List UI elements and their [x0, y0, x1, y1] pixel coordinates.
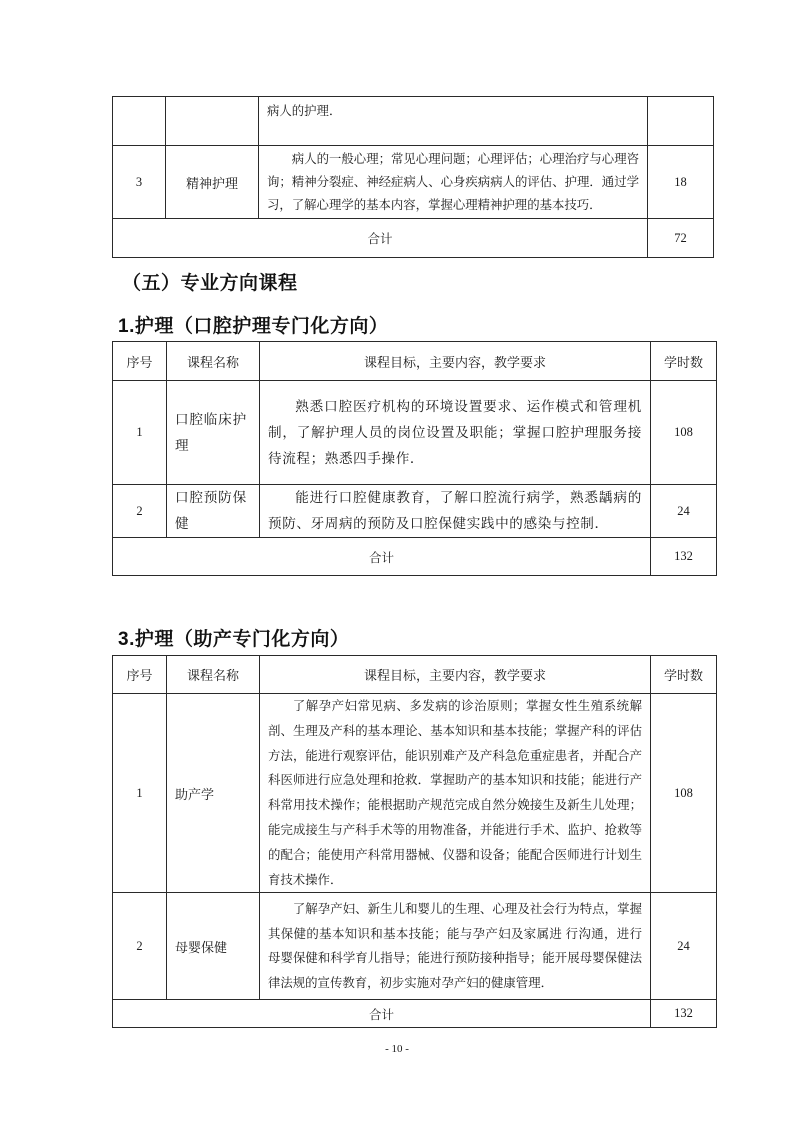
row-number: 1: [113, 694, 167, 893]
course-content: 能进行口腔健康教育，了解口腔流行病学，熟悉龋病的预防、牙周病的预防及口腔保健实践…: [260, 485, 651, 538]
header-content: 课程目标，主要内容，教学要求: [260, 656, 651, 694]
header-row: 序号 课程名称 课程目标，主要内容，教学要求 学时数: [113, 342, 717, 381]
row-number: 3: [113, 146, 166, 219]
header-name: 课程名称: [167, 342, 260, 381]
continued-course-table: 病人的护理． 3 精神护理 病人的一般心理；常见心理问题；心理评估；心理治疗与心…: [112, 96, 714, 258]
header-no: 序号: [113, 656, 167, 694]
midwifery-table: 序号 课程名称 课程目标，主要内容，教学要求 学时数 1 助产学 了解孕产妇常见…: [112, 655, 717, 1028]
table-row: 2 母婴保健 了解孕产妇、新生儿和婴儿的生理、心理及社会行为特点，掌握其保健的基…: [113, 893, 717, 1000]
table-row: 1 助产学 了解孕产妇常见病、多发病的诊治原则；掌握女性生殖系统解剖、生理及产科…: [113, 694, 717, 893]
total-label: 合计: [113, 538, 651, 576]
course-hours: 108: [651, 694, 717, 893]
section-heading: （五）专业方向课程: [122, 268, 298, 295]
course-content-text: 熟悉口腔医疗机构的环境设置要求、运作模式和管理机制，了解护理人员的岗位设置及职能…: [268, 394, 642, 472]
midwifery-heading: 3.护理（助产专门化方向）: [118, 624, 349, 651]
header-hours: 学时数: [651, 342, 717, 381]
course-content-text: 了解孕产妇常见病、多发病的诊治原则；掌握女性生殖系统解剖、生理及产科的基本理论、…: [268, 694, 642, 892]
course-content-text: 病人的护理．: [267, 100, 639, 123]
course-name: 精神护理: [166, 146, 259, 219]
table-row: 1 口腔临床护理 熟悉口腔医疗机构的环境设置要求、运作模式和管理机制，了解护理人…: [113, 381, 717, 485]
total-label: 合计: [113, 219, 648, 258]
course-name: 母婴保健: [167, 893, 260, 1000]
header-content: 课程目标，主要内容，教学要求: [260, 342, 651, 381]
course-name: 口腔临床护理: [167, 381, 260, 485]
course-content-text: 病人的一般心理；常见心理问题；心理评估；心理治疗与心理咨询；精神分裂症、神经症病…: [267, 148, 639, 217]
row-number: 2: [113, 893, 167, 1000]
oral-nursing-heading: 1.护理（口腔护理专门化方向）: [118, 311, 388, 338]
course-content-text: 了解孕产妇、新生儿和婴儿的生理、心理及社会行为特点，掌握其保健的基本知识和基本技…: [268, 897, 642, 996]
course-name: [166, 97, 259, 146]
course-hours: [648, 97, 714, 146]
oral-nursing-table: 序号 课程名称 课程目标，主要内容，教学要求 学时数 1 口腔临床护理 熟悉口腔…: [112, 341, 717, 576]
table-row: 2 口腔预防保健 能进行口腔健康教育，了解口腔流行病学，熟悉龋病的预防、牙周病的…: [113, 485, 717, 538]
row-number: 2: [113, 485, 167, 538]
table-row: 3 精神护理 病人的一般心理；常见心理问题；心理评估；心理治疗与心理咨询；精神分…: [113, 146, 714, 219]
course-name: 助产学: [167, 694, 260, 893]
total-hours: 132: [651, 1000, 717, 1028]
course-content: 熟悉口腔医疗机构的环境设置要求、运作模式和管理机制，了解护理人员的岗位设置及职能…: [260, 381, 651, 485]
header-hours: 学时数: [651, 656, 717, 694]
total-row: 合计 132: [113, 1000, 717, 1028]
page-number: - 10 -: [0, 1043, 794, 1055]
total-row: 合计 72: [113, 219, 714, 258]
total-row: 合计 132: [113, 538, 717, 576]
course-name: 口腔预防保健: [167, 485, 260, 538]
course-content: 了解孕产妇、新生儿和婴儿的生理、心理及社会行为特点，掌握其保健的基本知识和基本技…: [260, 893, 651, 1000]
course-hours: 18: [648, 146, 714, 219]
row-number: [113, 97, 166, 146]
row-number: 1: [113, 381, 167, 485]
course-hours: 108: [651, 381, 717, 485]
header-row: 序号 课程名称 课程目标，主要内容，教学要求 学时数: [113, 656, 717, 694]
course-content: 病人的护理．: [259, 97, 648, 146]
table-row: 病人的护理．: [113, 97, 714, 146]
course-content-text: 能进行口腔健康教育，了解口腔流行病学，熟悉龋病的预防、牙周病的预防及口腔保健实践…: [268, 485, 642, 537]
header-name: 课程名称: [167, 656, 260, 694]
header-no: 序号: [113, 342, 167, 381]
total-hours: 72: [648, 219, 714, 258]
course-content: 病人的一般心理；常见心理问题；心理评估；心理治疗与心理咨询；精神分裂症、神经症病…: [259, 146, 648, 219]
course-hours: 24: [651, 893, 717, 1000]
course-content: 了解孕产妇常见病、多发病的诊治原则；掌握女性生殖系统解剖、生理及产科的基本理论、…: [260, 694, 651, 893]
total-label: 合计: [113, 1000, 651, 1028]
total-hours: 132: [651, 538, 717, 576]
course-hours: 24: [651, 485, 717, 538]
